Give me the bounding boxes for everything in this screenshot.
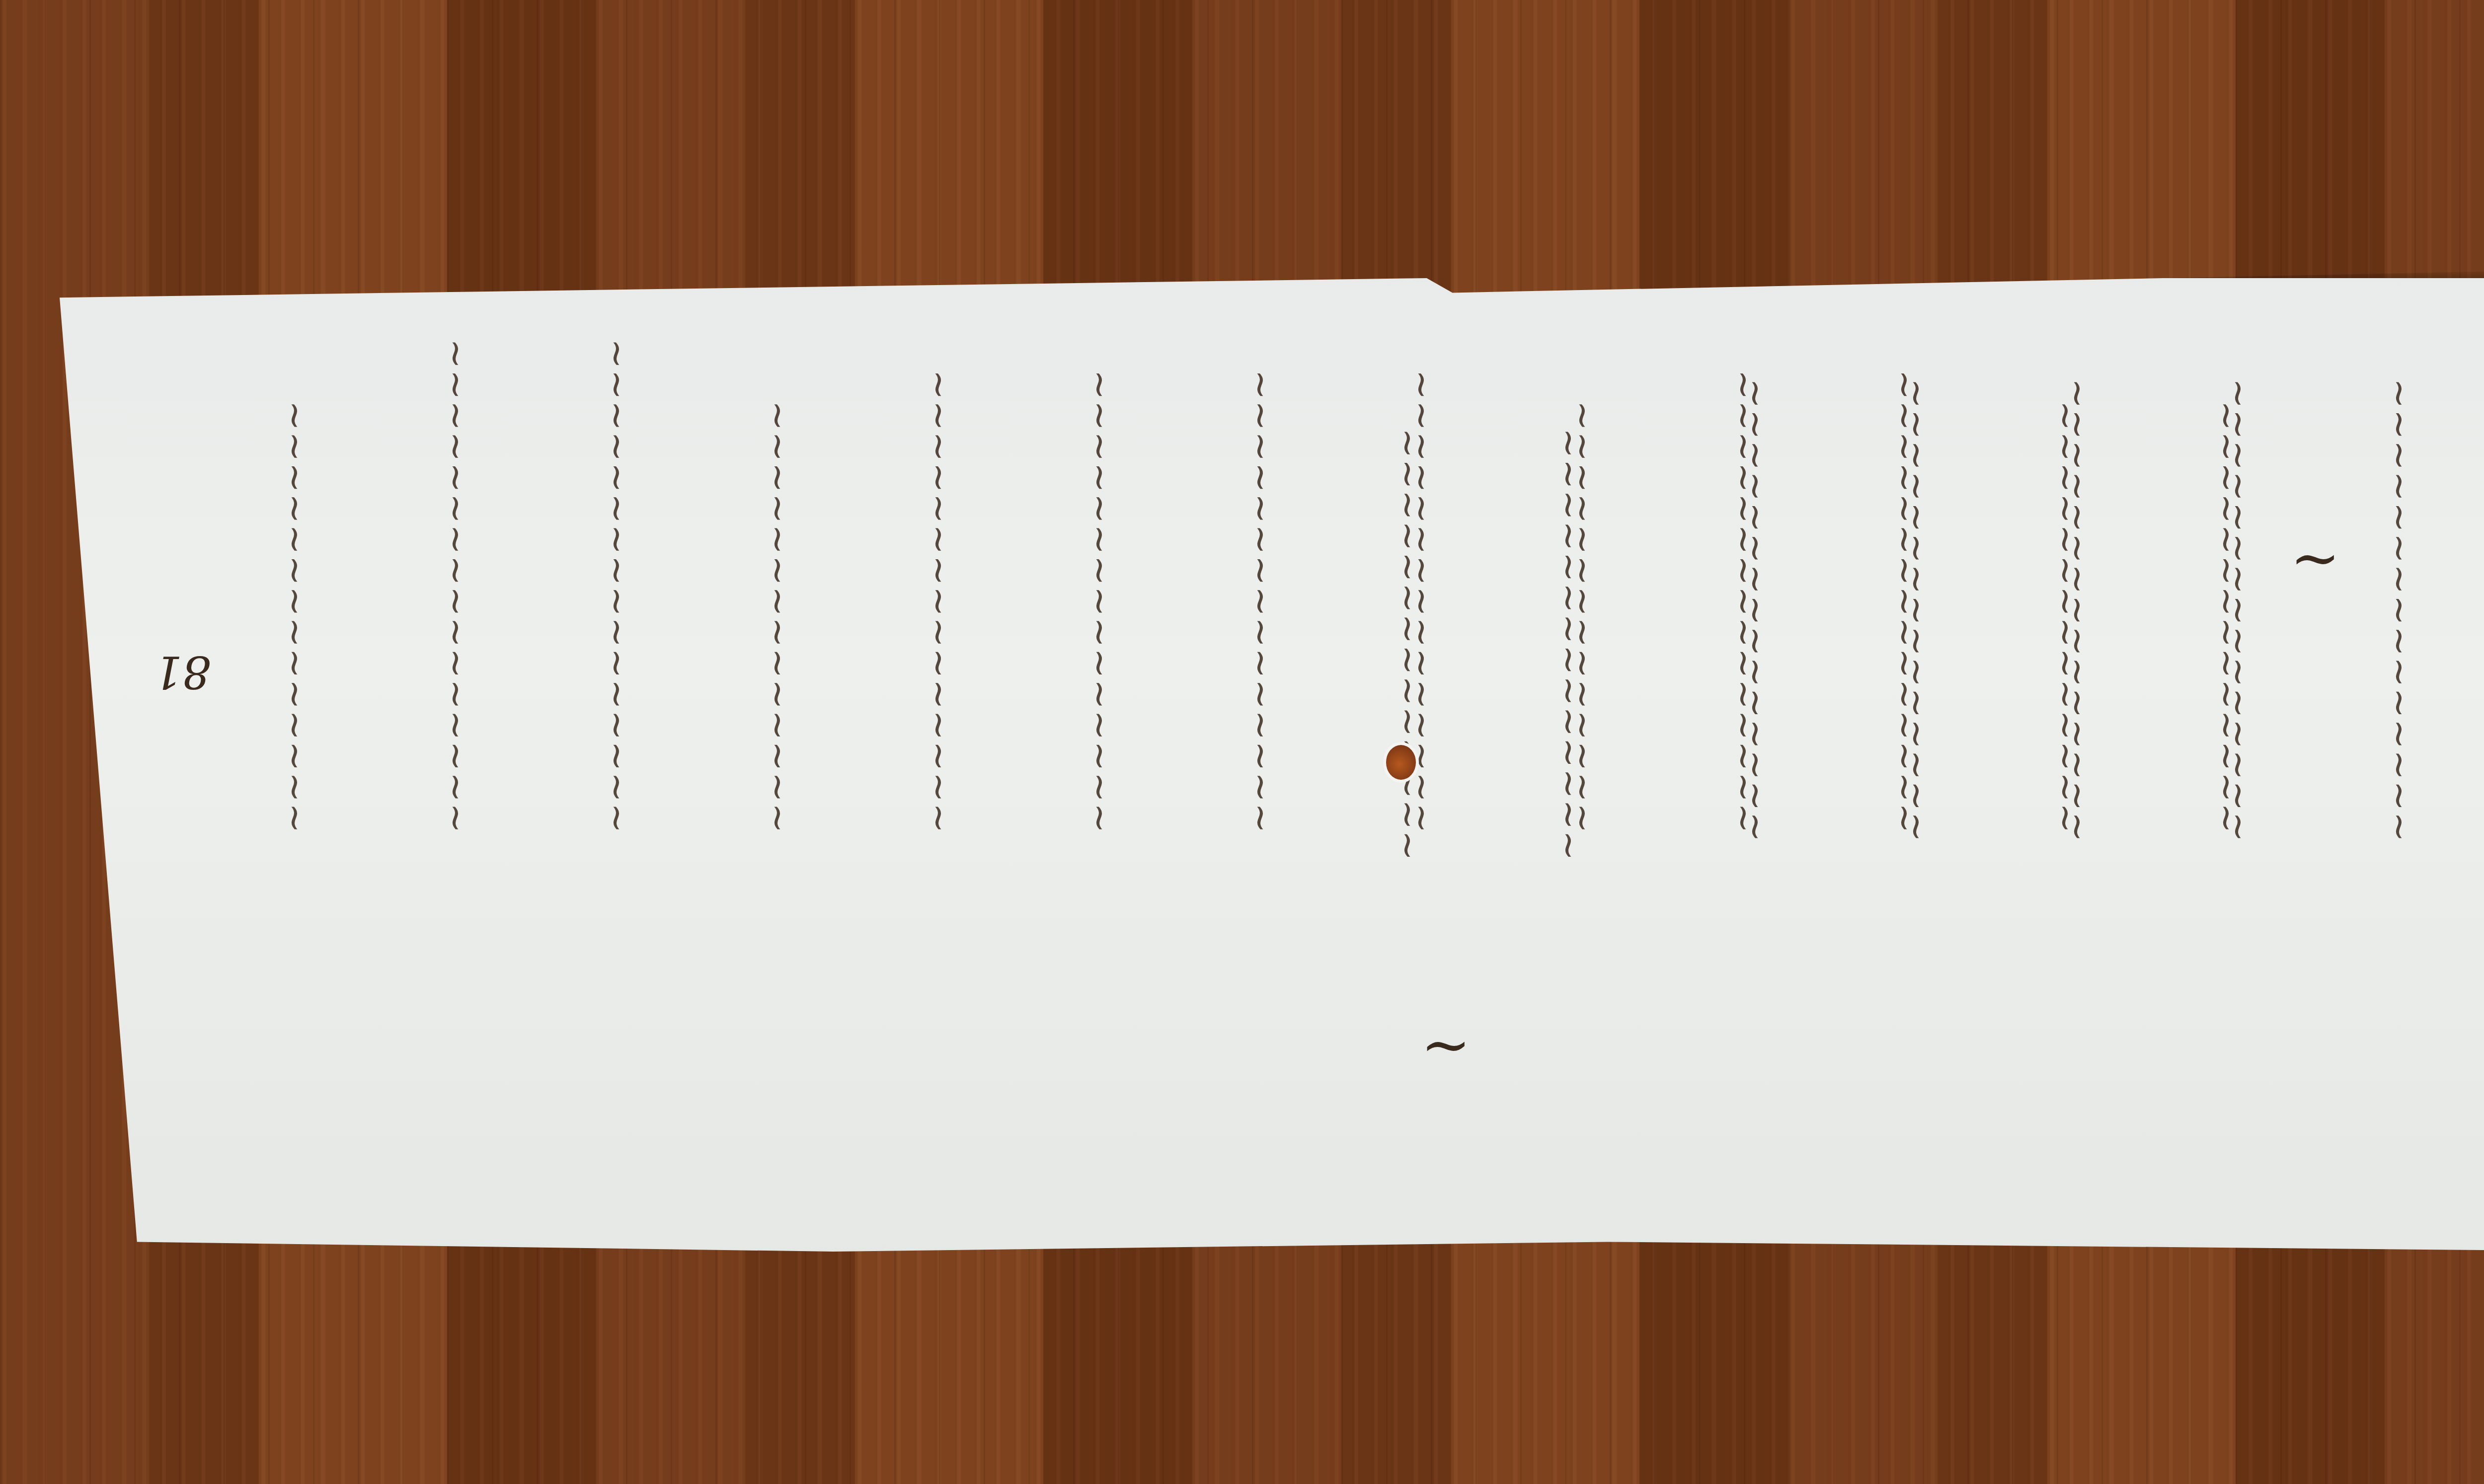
right-text-block: ~~~~~~~~~~~~~~~ ~~~~~~~~~~~~~~~ ~~~~~~~~…: [1620, 377, 2484, 842]
manuscript-sheet: 81 ~~~~~~~~~~~~~~ ~~~~~~~~~~~~~~~~ ~~~~~…: [60, 278, 2484, 1252]
closing-mark: ~: [2290, 526, 2340, 595]
signature-mark: ~: [1421, 1013, 1471, 1082]
paper-hole: [1386, 745, 1416, 780]
